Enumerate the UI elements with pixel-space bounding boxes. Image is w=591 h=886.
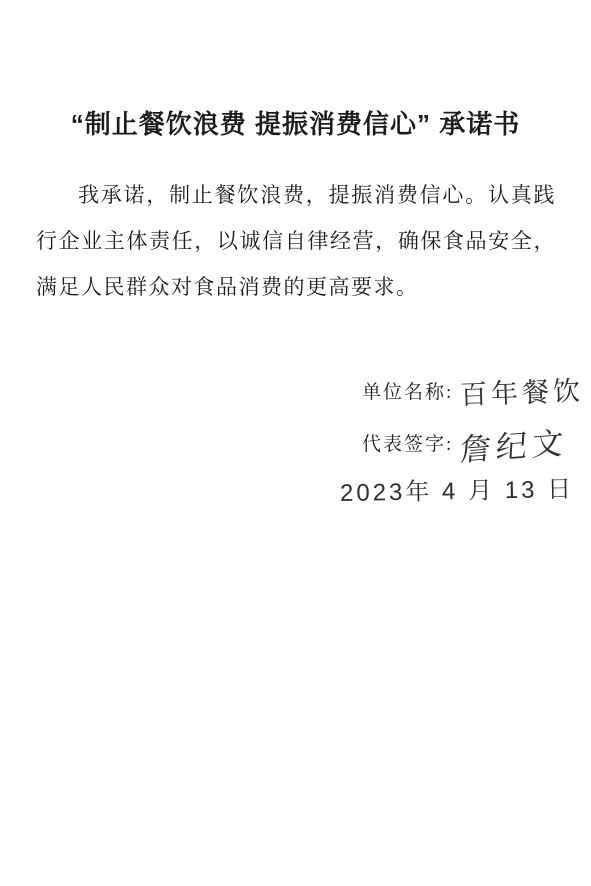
- pledge-paragraph: 我承诺，制止餐饮浪费，提振消费信心。认真践行企业主体责任，以诚信自律经营，确保食…: [36, 172, 556, 310]
- representative-signature-handwritten: 詹纪文: [459, 428, 569, 466]
- scanned-document-page: “制止餐饮浪费 提振消费信心” 承诺书 我承诺，制止餐饮浪费，提振消费信心。认真…: [0, 0, 591, 886]
- date-handwritten-value: 2023年 4 月 13 日: [340, 475, 575, 509]
- representative-signature-label: 代表签字:: [362, 434, 453, 455]
- date-line: 2023年 4 月 13 日: [340, 477, 574, 510]
- unit-name-line: 单位名称:百年餐饮: [362, 378, 584, 409]
- representative-signature-line: 代表签字:詹纪文: [362, 430, 568, 462]
- unit-name-handwritten-value: 百年餐饮: [460, 376, 585, 410]
- unit-name-label: 单位名称:: [362, 382, 453, 403]
- document-title: “制止餐饮浪费 提振消费信心” 承诺书: [0, 104, 591, 141]
